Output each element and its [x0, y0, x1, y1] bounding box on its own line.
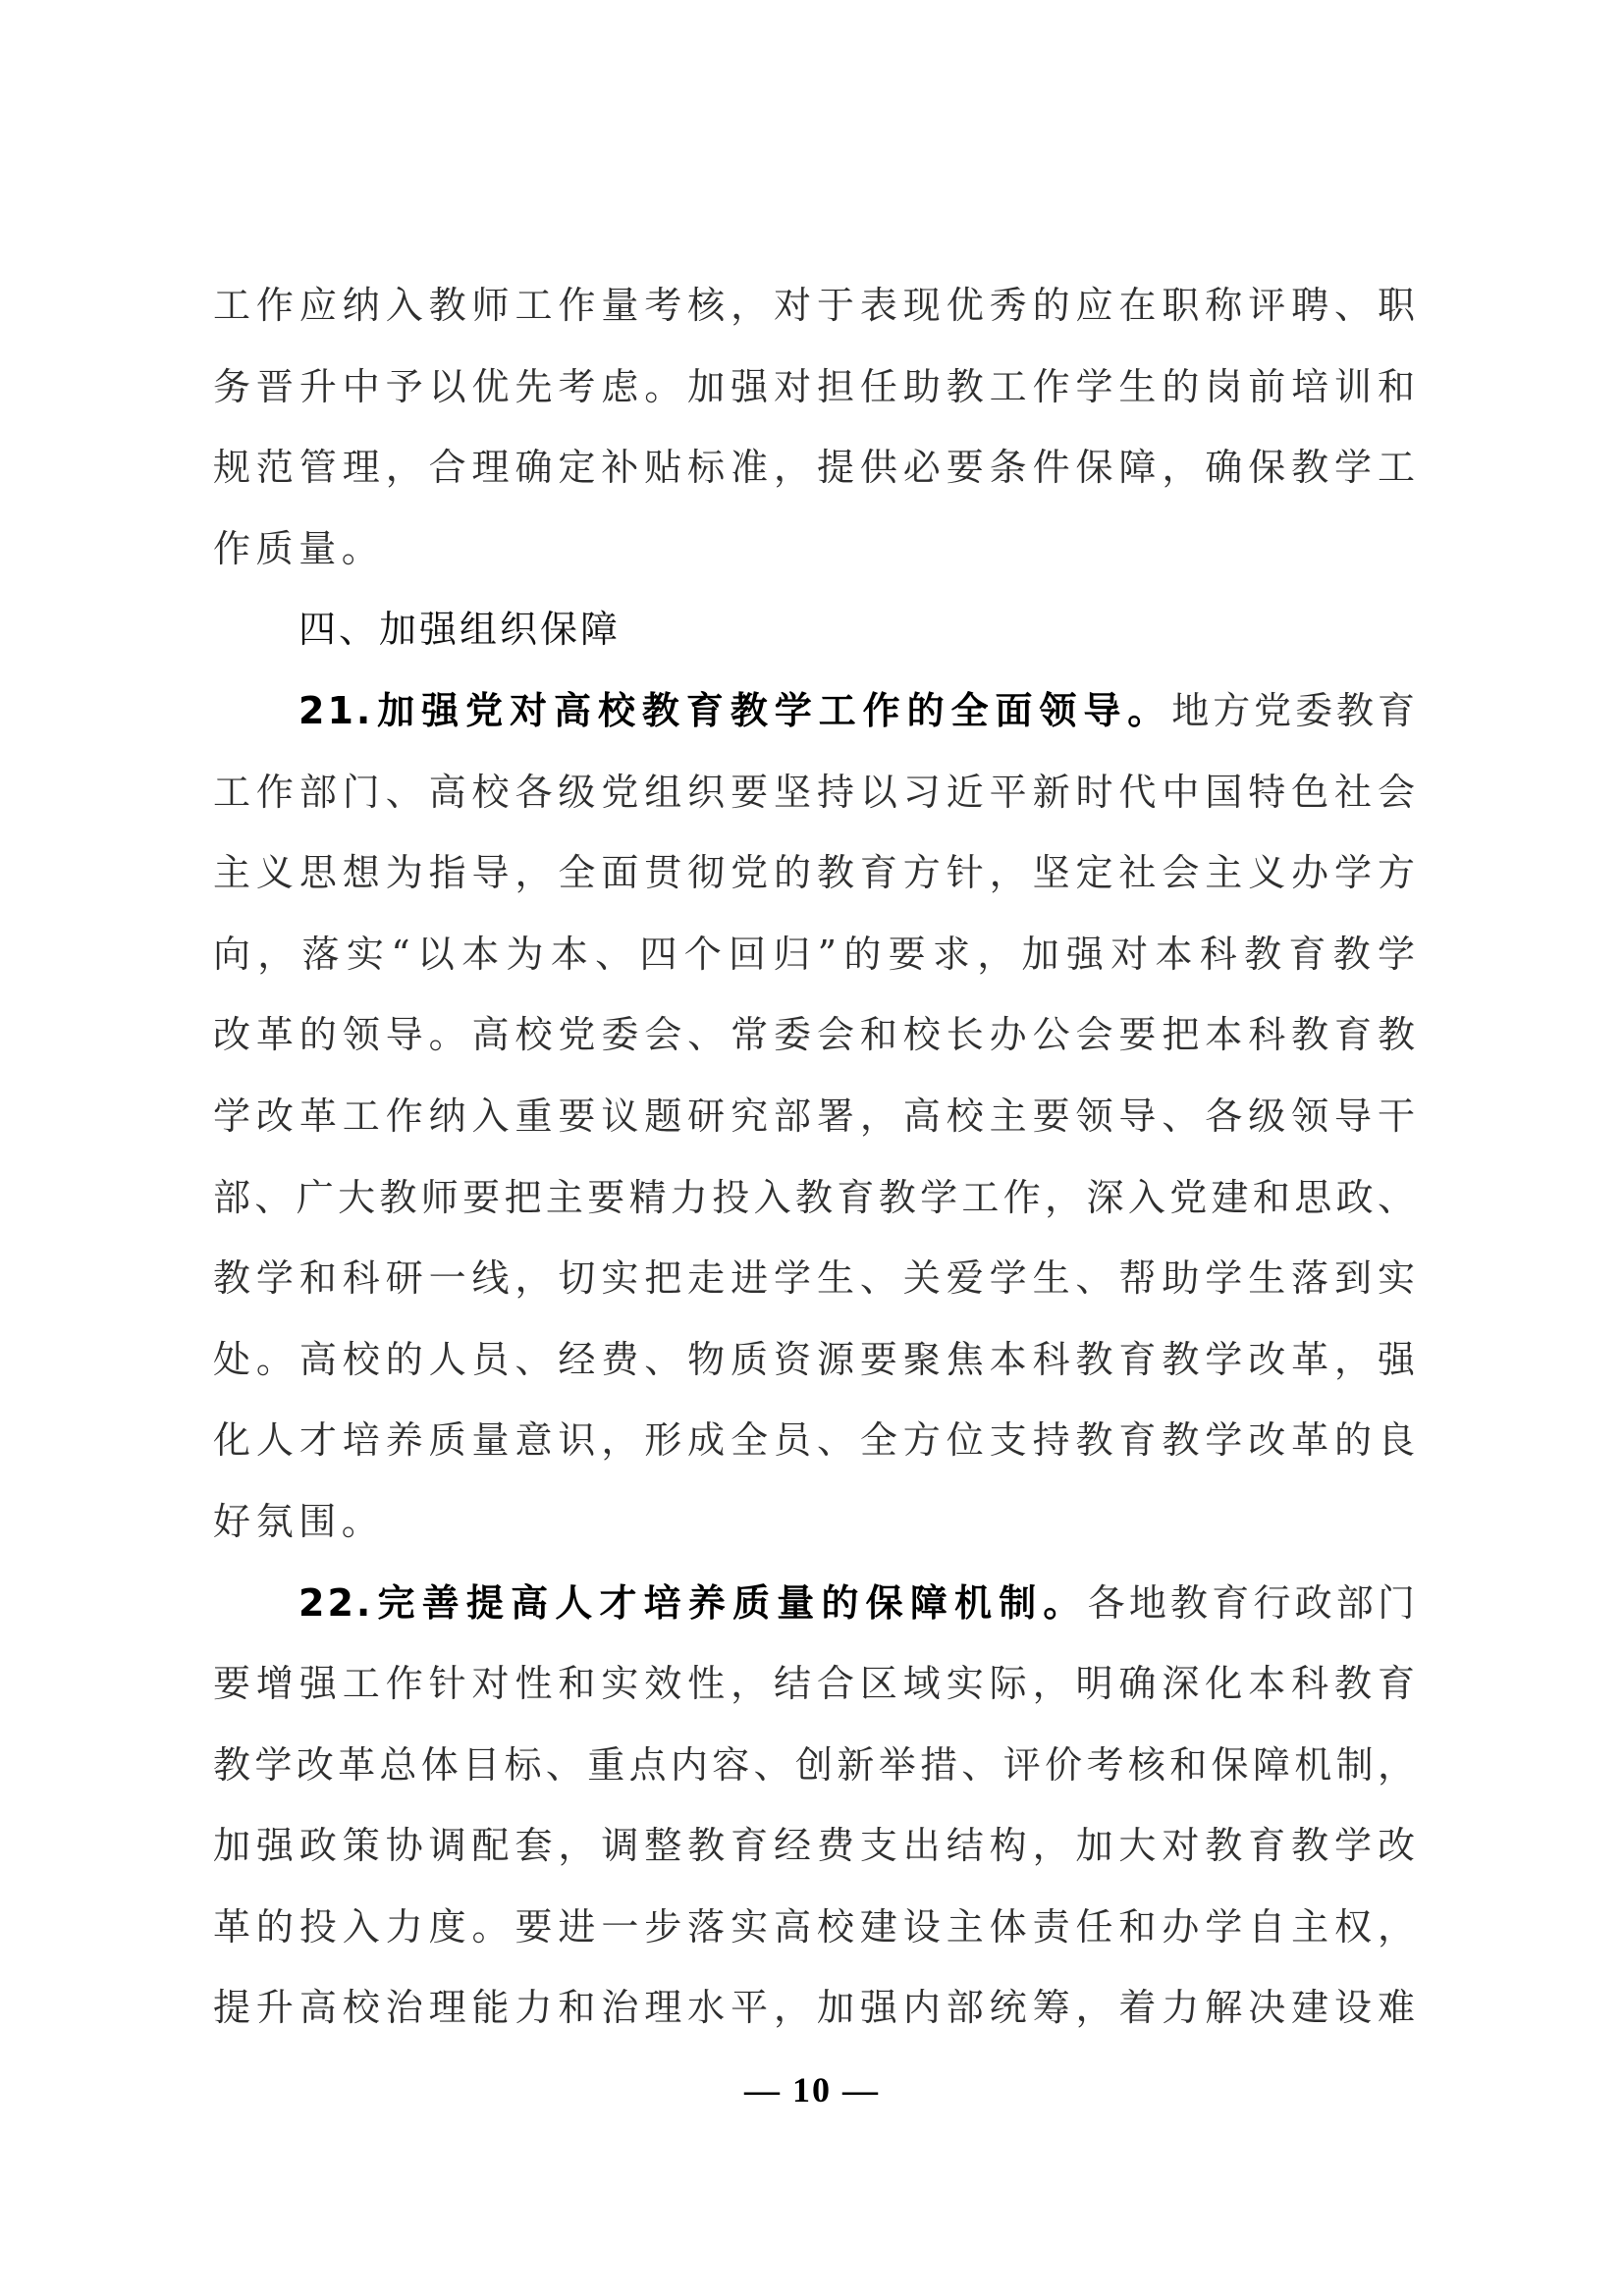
section-heading: 四、加强组织保障: [213, 589, 1415, 670]
body-line: 要增强工作针对性和实效性，结合区域实际，明确深化本科教育: [213, 1643, 1415, 1725]
body-line: 向，落实“以本为本、四个回归”的要求，加强对本科教育教学: [213, 914, 1415, 995]
paragraph-22-first-line: 22.完善提高人才培养质量的保障机制。各地教育行政部门: [213, 1563, 1415, 1644]
body-line: 工作部门、高校各级党组织要坚持以习近平新时代中国特色社会: [213, 752, 1415, 833]
paragraph-21-first-line-text: 地方党委教育: [1171, 689, 1415, 732]
body-line: 教学改革总体目标、重点内容、创新举措、评价考核和保障机制，: [213, 1725, 1415, 1806]
body-line: 部、广大教师要把主要精力投入教育教学工作，深入党建和思政、: [213, 1157, 1415, 1239]
body-line: 学改革工作纳入重要议题研究部署，高校主要领导、各级领导干: [213, 1076, 1415, 1157]
body-line: 革的投入力度。要进一步落实高校建设主体责任和办学自主权，: [213, 1887, 1415, 1968]
body-line: 主义思想为指导，全面贯彻党的教育方针，坚定社会主义办学方: [213, 832, 1415, 914]
paragraph-21-first-line: 21.加强党对高校教育教学工作的全面领导。地方党委教育: [213, 670, 1415, 752]
body-line: 处。高校的人员、经费、物质资源要聚焦本科教育教学改革，强: [213, 1319, 1415, 1401]
body-line: 加强政策协调配套，调整教育经费支出结构，加大对教育教学改: [213, 1805, 1415, 1887]
body-line: 提升高校治理能力和治理水平，加强内部统筹，着力解决建设难: [213, 1967, 1415, 2049]
paragraph-22-title: 22.完善提高人才培养质量的保障机制。: [298, 1581, 1088, 1625]
body-line: 好氛围。: [213, 1481, 1415, 1563]
body-line: 工作应纳入教师工作量考核，对于表现优秀的应在职称评聘、职: [213, 265, 1415, 347]
paragraph-21-title: 21.加强党对高校教育教学工作的全面领导。: [298, 689, 1171, 732]
body-line: 作质量。: [213, 508, 1415, 590]
body-line: 规范管理，合理确定补贴标准，提供必要条件保障，确保教学工: [213, 427, 1415, 508]
paragraph-22-first-line-text: 各地教育行政部门: [1088, 1581, 1415, 1625]
body-line: 务晋升中予以优先考虑。加强对担任助教工作学生的岗前培训和: [213, 347, 1415, 428]
body-line: 改革的领导。高校党委会、常委会和校长办公会要把本科教育教: [213, 994, 1415, 1076]
document-page: 工作应纳入教师工作量考核，对于表现优秀的应在职称评聘、职 务晋升中予以优先考虑。…: [213, 265, 1415, 2049]
body-line: 化人才培养质量意识，形成全员、全方位支持教育教学改革的良: [213, 1400, 1415, 1481]
body-line: 教学和科研一线，切实把走进学生、关爱学生、帮助学生落到实: [213, 1238, 1415, 1319]
page-number: — 10 —: [0, 2069, 1624, 2110]
